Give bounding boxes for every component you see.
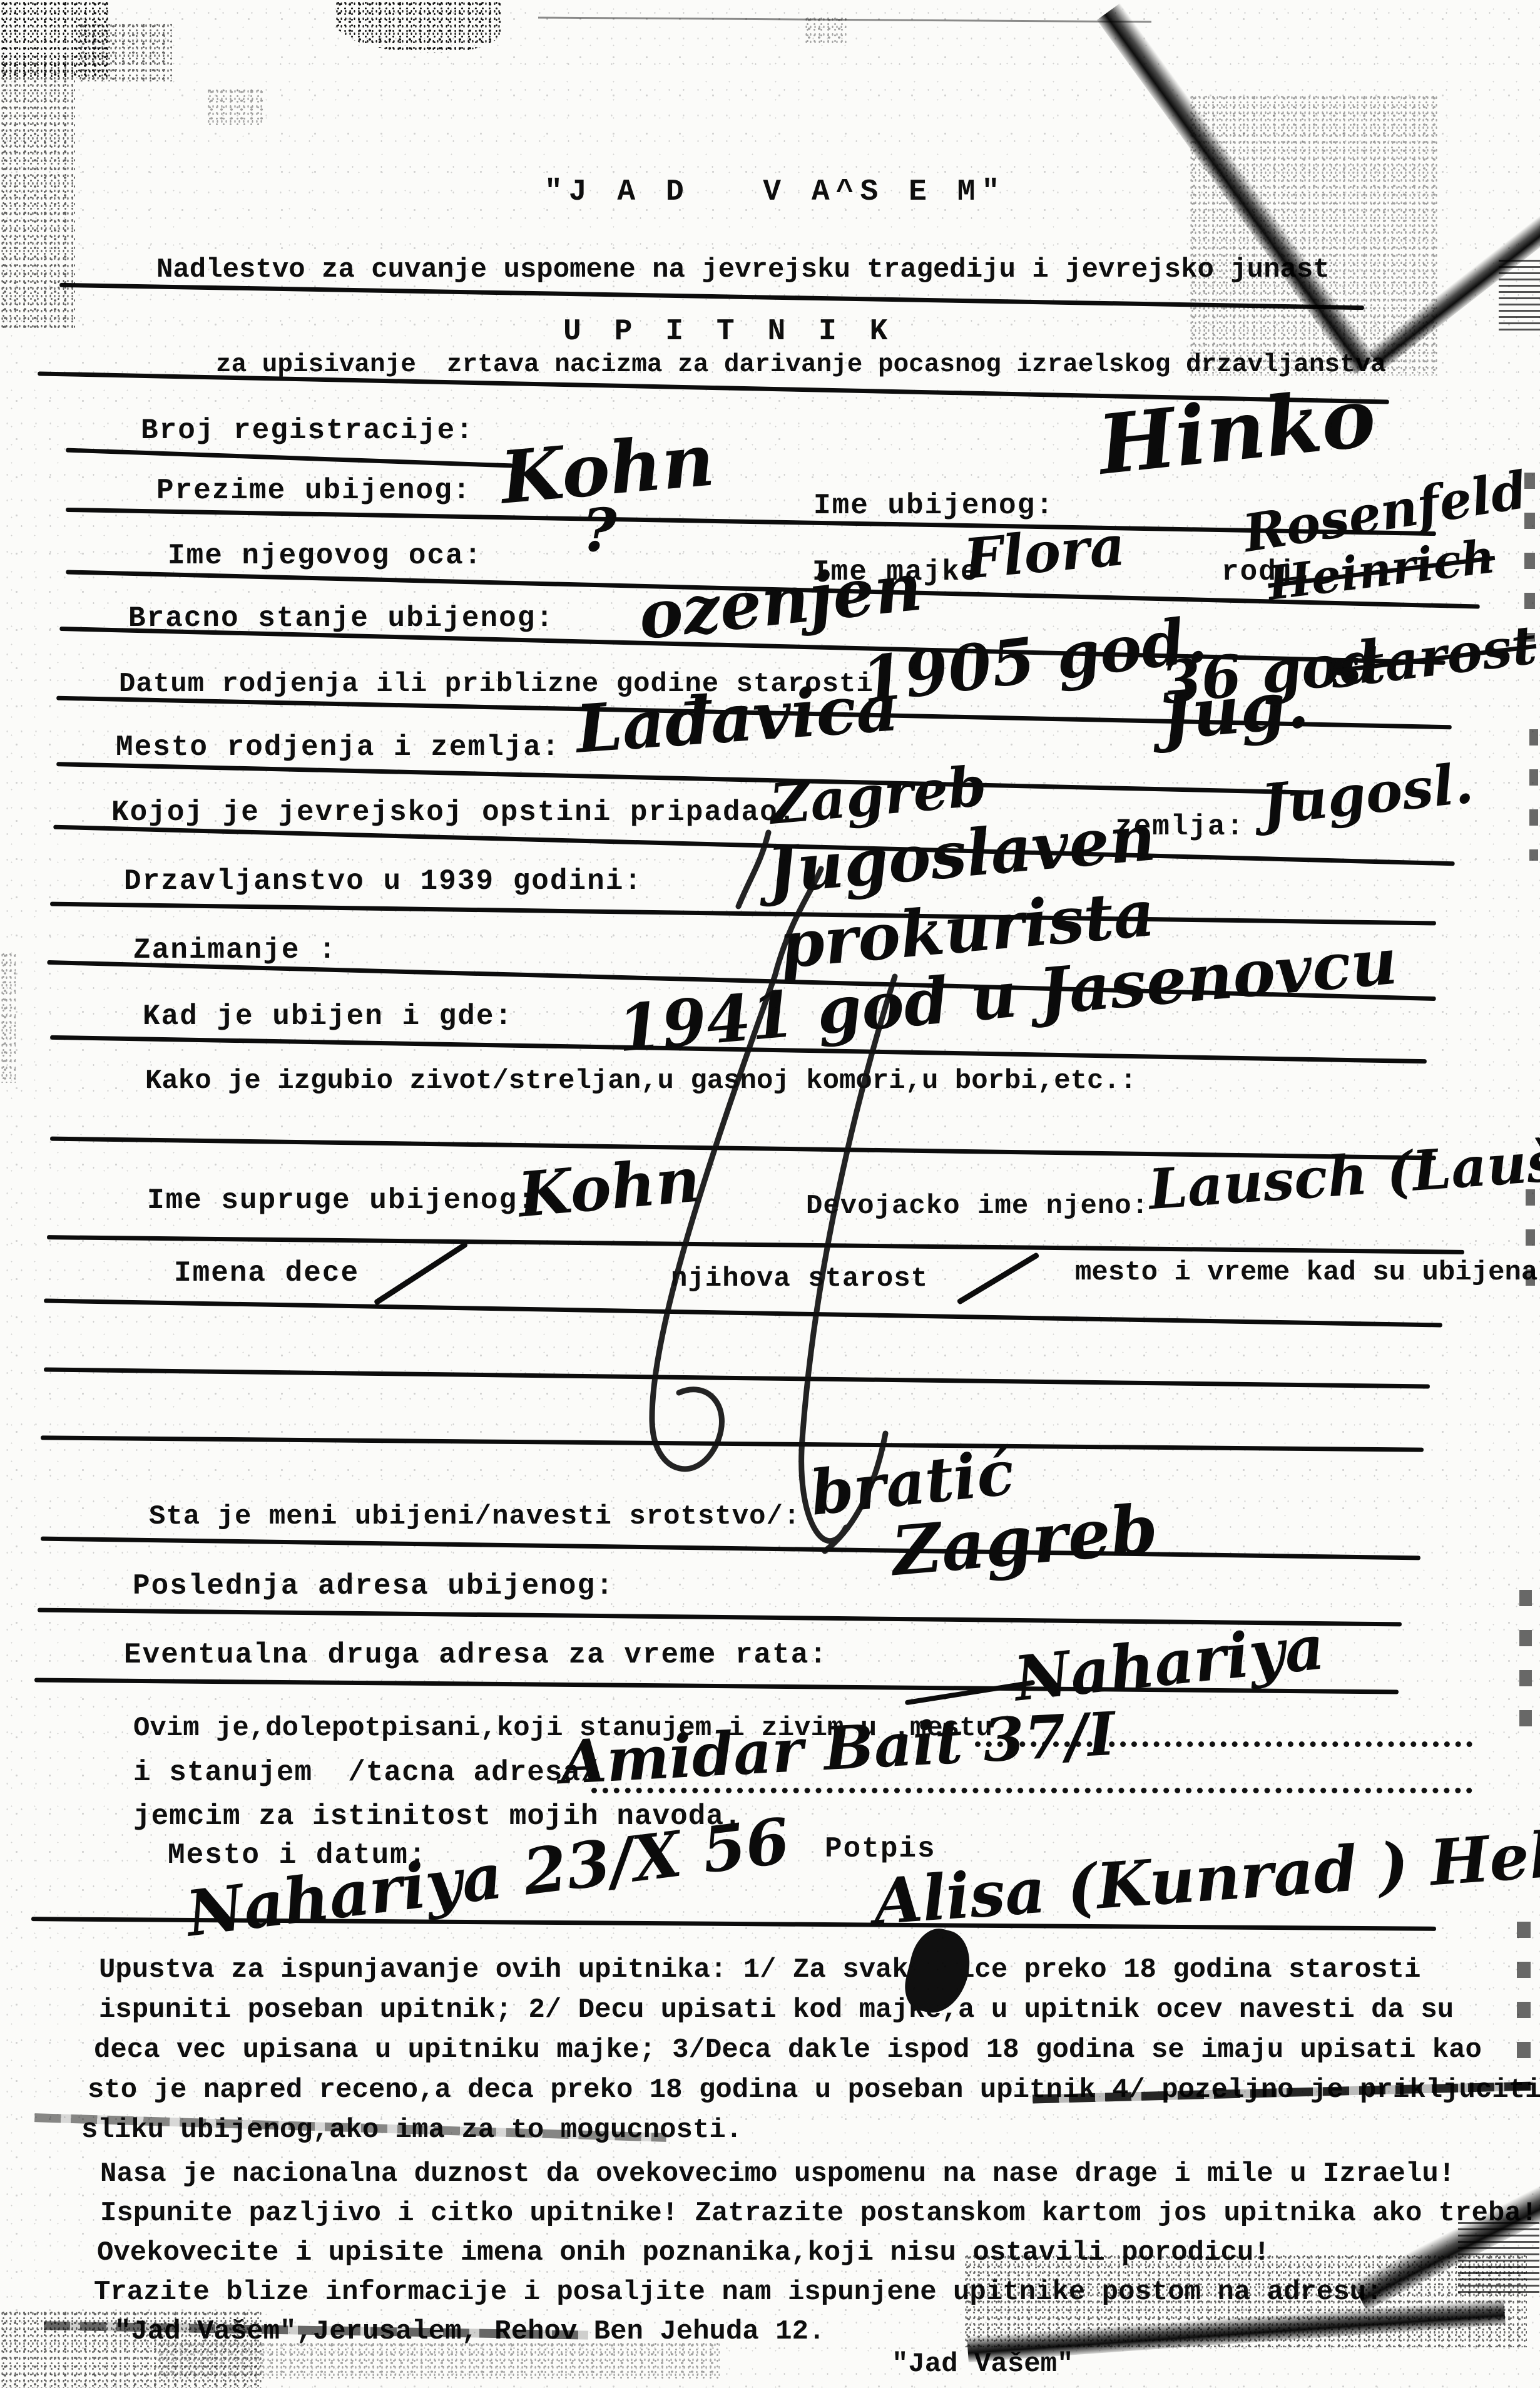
instructions-line-2: ispuniti poseban upitnik; 2/ Decu upisat…: [99, 1994, 1454, 2026]
header-rule: [59, 283, 1364, 310]
field-label-children-age: njihova starost: [671, 1263, 928, 1294]
field-label-birthplace: Mesto rodjenja i zemlja:: [116, 731, 561, 764]
instructions-line-1: Upustva za ispunjavanje ovih upitnika: 1…: [99, 1954, 1420, 1986]
wife-line: [47, 1235, 1464, 1254]
blank-line-1: [44, 1367, 1430, 1388]
instructions-line-5: sliku ubijenog,ako ima za to mogucnosti.: [81, 2114, 742, 2146]
hw-wife-maiden-value: Lausch (Lauš): [1146, 1127, 1540, 1222]
scan-noise-fold-cloud: [1189, 94, 1439, 376]
declaration-line-2: i stanujem /tacna adresa/: [133, 1756, 599, 1789]
blank-line-2: [41, 1435, 1424, 1452]
fold-shadow-top-right-a: [1097, 3, 1378, 374]
field-label-killed: Kad je ubijen i gde:: [143, 1000, 513, 1033]
scan-stripes-bottom-right: [1458, 2222, 1539, 2294]
hw-birth-age-struck: starost: [1327, 613, 1540, 701]
field-label-children-where: mesto i vreme kad su ubijena: [1075, 1257, 1537, 1288]
field-label-surname: Prezime ubijenog:: [156, 474, 471, 507]
form-title: U P I T N I K: [563, 315, 895, 349]
field-label-children-names: Imena dece: [174, 1257, 359, 1289]
footer-line-4: Trazite blize informacije i posaljite na…: [94, 2277, 1383, 2308]
fold-shadow-top-right-b: [1367, 197, 1540, 371]
scan-noise-top-tear: [335, 0, 501, 53]
field-label-citizenship: Drzavljanstvo u 1939 godini:: [124, 865, 643, 898]
footer-line-1: Nasa je nacionalna duznost da ovekovecim…: [100, 2158, 1455, 2190]
hw-birthplace-country: Jug.: [1158, 665, 1312, 755]
children-names-slash: [374, 1241, 469, 1306]
scan-stripes-top-right: [1499, 260, 1540, 335]
scan-noise-top-left-4: [207, 88, 263, 125]
children-line: [44, 1298, 1442, 1327]
hw-father-value: ?: [582, 496, 617, 565]
scanned-questionnaire-page: "J A D V A^S E M" Nadlestvo za cuvanje u…: [0, 0, 1540, 2388]
birthplace-line: [56, 762, 1314, 795]
scan-noise-left-edge: [0, 951, 16, 1083]
field-label-registration: Broj registracije:: [141, 414, 474, 447]
footer-address: "Jad Vašem",Jerusalem, Rehov Ben Jehuda …: [115, 2316, 825, 2347]
field-label-occupation: Zanimanje :: [133, 934, 337, 966]
hw-wife-value: Kohn: [516, 1144, 703, 1232]
footer-org-name: "Jad Vašem": [892, 2349, 1073, 2380]
hw-signature-value: Alisa (Kunrad ) Helm: [871, 1813, 1540, 1939]
field-label-maiden-wife: Devojacko ime njeno:: [806, 1191, 1149, 1222]
hw-war-address-value: Nahariya: [1011, 1611, 1327, 1715]
hw-marital-value: ozenjen: [635, 548, 926, 655]
scan-right-edge-dashes-5: [1517, 1922, 1531, 2091]
scan-noise-top-left-1: [0, 0, 110, 78]
field-label-relation: Sta je meni ubijeni/navesti srotstvo/:: [149, 1501, 800, 1532]
field-label-marital: Bracno stanje ubijenog:: [128, 602, 554, 635]
scan-right-edge-dashes-4: [1519, 1590, 1532, 1734]
instructions-line-3: deca vec upisana u upitniku majke; 3/Dec…: [94, 2034, 1482, 2066]
surname-line: [66, 508, 1436, 536]
footer-line-2: Ispunite pazljivo i citko upitnike! Zatr…: [100, 2198, 1537, 2229]
instructions-line-4: sto je napred receno,a deca preko 18 god…: [88, 2074, 1540, 2106]
field-label-community: Kojoj je jevrejskoj opstini pripadao:: [111, 796, 797, 829]
org-subtitle: Nadlestvo za cuvanje uspomene na jevrejs…: [156, 254, 1330, 285]
field-label-wife: Ime supruge ubijenog:: [147, 1184, 536, 1217]
field-label-last-address: Poslednja adresa ubijenog:: [133, 1570, 614, 1602]
citizenship-line: [50, 902, 1436, 926]
hw-community-country: Jugosl.: [1258, 751, 1476, 838]
field-label-first-name: Ime ubijenog:: [813, 489, 1054, 522]
relation-line: [41, 1537, 1420, 1560]
scan-noise-top-left-3: [78, 22, 172, 81]
footer-line-3: Ovekovecite i upisite imena onih poznani…: [97, 2237, 1270, 2268]
field-label-war-address: Eventualna druga adresa za vreme rata:: [124, 1639, 828, 1671]
registration-line: [66, 448, 513, 468]
form-subtitle: za upisivanje zrtava nacizma za darivanj…: [216, 351, 1386, 379]
field-label-how-killed: Kako je izgubio zivot/streljan,u gasnoj …: [145, 1065, 1136, 1097]
scan-top-edge-line: [538, 17, 1151, 23]
org-title: "J A D V A^S E M": [544, 175, 1006, 209]
hw-mother-value: Flora: [961, 513, 1128, 592]
field-label-father: Ime njegovog oca:: [168, 540, 482, 572]
field-label-signature: Potpis: [825, 1833, 936, 1865]
hw-first-name-value: Hinko: [1094, 369, 1380, 493]
scan-noise-top-left-2: [0, 59, 75, 329]
children-age-slash: [956, 1252, 1039, 1305]
scan-right-edge-dashes-2: [1529, 729, 1538, 861]
